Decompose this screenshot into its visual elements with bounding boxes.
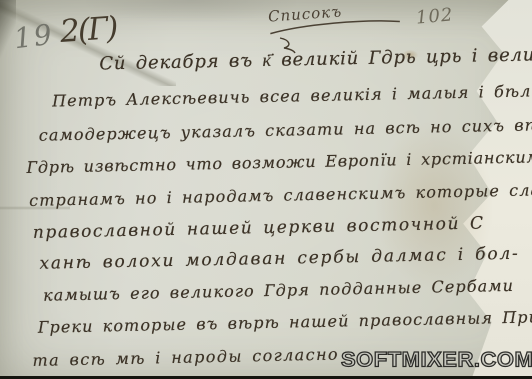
manuscript-line: самодержецъ указалъ сказати на всѣ но си… xyxy=(39,115,532,144)
manuscript-photo: 19 2(Г) Списокъ 102 Сй декабря въ к҃ вел… xyxy=(0,0,532,379)
manuscript-line: та всѣ мѣ і народы согласно xyxy=(32,345,339,370)
manuscript-line: Греки которые въ вѣрѣ нашей православныя… xyxy=(38,307,532,337)
manuscript-line: Сй декабря въ к҃ великій Гдрь црь і вели… xyxy=(99,44,532,75)
manuscript-line: Гдрѣ извѣстно что возможи Европїи і хрст… xyxy=(26,147,532,177)
site-watermark: SOFTMIXER.COM xyxy=(341,348,532,373)
manuscript-text-block: Сй декабря въ к҃ великій Гдрь црь і вели… xyxy=(0,0,532,379)
manuscript-line: Петръ Алексѣевичь всеа великія і малыя і… xyxy=(52,81,532,111)
manuscript-line: ханѣ волохи молдаван сербы далмас і бол- xyxy=(39,244,519,274)
manuscript-line: православной нашей церкви восточной С xyxy=(33,213,485,242)
manuscript-line: странамъ но і народамъ славенскимъ котор… xyxy=(29,180,532,210)
manuscript-line: камышъ его великого Гдря подданные Серба… xyxy=(43,276,514,305)
